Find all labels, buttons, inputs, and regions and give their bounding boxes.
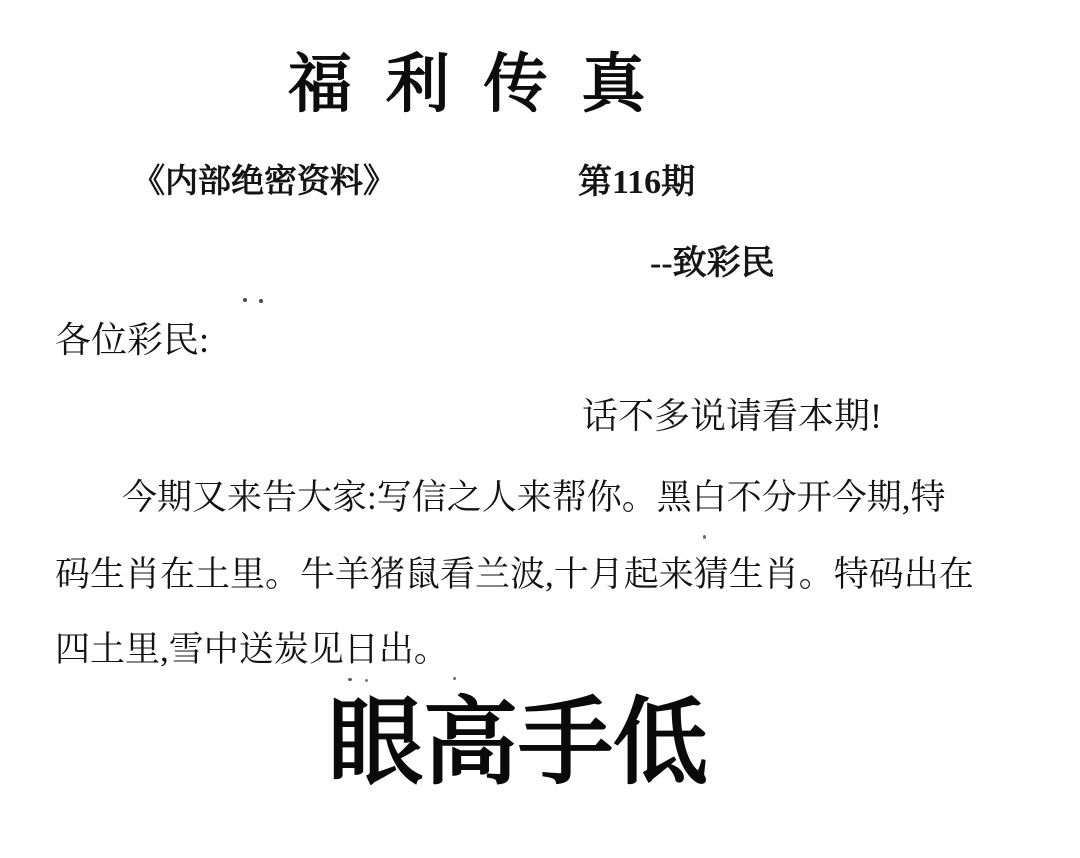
scan-artifact-dot bbox=[453, 677, 456, 680]
body-line: 码生肖在土里。牛羊猪鼠看兰波,十月起来猜生肖。特码出在 bbox=[55, 557, 974, 592]
page-title: 福 利 传 真 bbox=[288, 52, 653, 116]
lead-in-line: 话不多说请看本期! bbox=[582, 398, 882, 434]
scan-artifact-dot bbox=[243, 298, 247, 302]
dedication-line: --致彩民 bbox=[650, 247, 775, 281]
body-line: 四土里,雪中送炭见日出。 bbox=[55, 632, 449, 667]
scan-artifact-dot bbox=[365, 679, 368, 682]
classification-label: 《内部绝密资料》 bbox=[132, 166, 396, 199]
issue-number: 第116期 bbox=[578, 166, 695, 200]
scan-artifact-dot bbox=[703, 535, 706, 539]
salutation: 各位彩民: bbox=[55, 322, 209, 358]
scan-artifact-dot bbox=[348, 678, 352, 681]
body-line: 今期又来告大家:写信之人来帮你。黑白不分开今期,特 bbox=[122, 480, 945, 515]
scan-artifact-dot bbox=[259, 299, 263, 303]
document-page: 福 利 传 真 《内部绝密资料》 第116期 --致彩民 各位彩民: 话不多说请… bbox=[0, 0, 1080, 858]
slogan-text: 眼高手低 bbox=[328, 696, 708, 791]
